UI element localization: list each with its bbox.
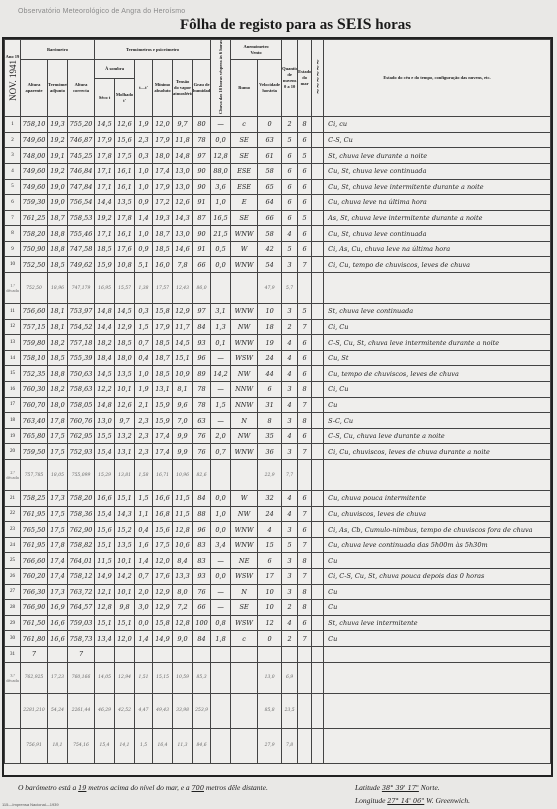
cell-j <box>211 646 231 662</box>
cell-k: NNW <box>231 397 258 413</box>
cell-a: 760,70 <box>21 397 48 413</box>
cell-i: 97 <box>193 148 211 164</box>
signature-cell <box>312 662 324 693</box>
cell-b: 19,2 <box>48 132 68 148</box>
sky-state-cell: Cu, tempo de chuviscos, leves de chuva <box>324 366 551 382</box>
cell-l: 35 <box>258 428 282 444</box>
cell-m: 5,7 <box>282 273 298 304</box>
cell-l: 65 <box>258 179 282 195</box>
cell-d: 15,4 <box>95 728 115 763</box>
sky-state-cell: As, St, chuva leve intermitente durante … <box>324 210 551 226</box>
day-cell: 17 <box>5 397 21 413</box>
table-row: 28766,9016,9764,5712,89,83,012,97,266—SE… <box>5 600 551 616</box>
sky-state-cell: Ci, Cu, chuviscos, leves de chuva durant… <box>324 444 551 460</box>
table-row: 16760,3018,2758,6312,210,11,913,18,178—N… <box>5 382 551 398</box>
cell-l: 12 <box>258 615 282 631</box>
cell-e: 9,7 <box>115 413 135 429</box>
col-rumo: Rumo <box>231 60 258 117</box>
cell-i: 86,0 <box>193 273 211 304</box>
cell-l: 32 <box>258 491 282 507</box>
signature-cell <box>312 132 324 148</box>
cell-c: 2261,44 <box>68 693 95 728</box>
cell-d: 14,5 <box>95 117 115 133</box>
cell-g: 12,9 <box>153 600 173 616</box>
day-cell: 6 <box>5 195 21 211</box>
cell-e: 12,9 <box>115 319 135 335</box>
cell-f: 0,7 <box>135 335 153 351</box>
barometer-header: Barómetro <box>21 40 95 60</box>
cell-e: 15,1 <box>115 615 135 631</box>
cell-h: 8,4 <box>173 553 193 569</box>
cell-m: 5 <box>282 241 298 257</box>
cell-l: 24 <box>258 350 282 366</box>
cell-n <box>298 273 312 304</box>
cell-h: 7,2 <box>173 600 193 616</box>
cell-e: 15,2 <box>115 522 135 538</box>
cell-f: 1,0 <box>135 226 153 242</box>
cell-b: 18,8 <box>48 366 68 382</box>
summary-row: 2.ª década757,78518,05755,09915,2913,811… <box>5 460 551 491</box>
cell-e: 14,1 <box>115 728 135 763</box>
cell-b: 17,5 <box>48 506 68 522</box>
cell-d: 15,1 <box>95 537 115 553</box>
cell-l: 63 <box>258 132 282 148</box>
day-cell: 13 <box>5 335 21 351</box>
cell-m: 4 <box>282 506 298 522</box>
cell-d: 14,4 <box>95 319 115 335</box>
cell-g: 16,8 <box>153 506 173 522</box>
cell-a: 760,20 <box>21 568 48 584</box>
sky-state-cell <box>324 728 551 763</box>
cell-j: 88,0 <box>211 163 231 179</box>
cell-k: NW <box>231 366 258 382</box>
cell-d: 15,29 <box>95 460 115 491</box>
day-cell: 9 <box>5 241 21 257</box>
cell-n: 6 <box>298 491 312 507</box>
cell-m: 4 <box>282 428 298 444</box>
cell-b: 18,5 <box>48 257 68 273</box>
cell-c: 757,18 <box>68 335 95 351</box>
signature-cell <box>312 553 324 569</box>
cell-n: 5 <box>298 210 312 226</box>
cell-a: 765,50 <box>21 522 48 538</box>
cell-b: 18,1 <box>48 728 68 763</box>
cell-m: 3 <box>282 568 298 584</box>
cell-l: 10 <box>258 600 282 616</box>
cell-m: 3 <box>282 444 298 460</box>
cell-d: 15,4 <box>95 506 115 522</box>
cell-b: 18,8 <box>48 226 68 242</box>
cell-a: 758,20 <box>21 226 48 242</box>
cell-j: 0,8 <box>211 615 231 631</box>
cell-j: 0,0 <box>211 522 231 538</box>
day-cell: 15 <box>5 366 21 382</box>
cell-h: 11,3 <box>173 728 193 763</box>
cell-l: 22,9 <box>258 460 282 491</box>
cell-a: 758,10 <box>21 350 48 366</box>
cell-a: 762,925 <box>21 662 48 693</box>
cell-l: 6 <box>258 553 282 569</box>
cell-k: SE <box>231 132 258 148</box>
cell-h <box>173 646 193 662</box>
sky-state-cell: Cu <box>324 584 551 600</box>
cell-l: 31 <box>258 397 282 413</box>
day-cell: 20 <box>5 444 21 460</box>
cell-e: 13,5 <box>115 195 135 211</box>
cell-f: 1,9 <box>135 117 153 133</box>
signature-cell <box>312 179 324 195</box>
cell-i: 85,3 <box>193 662 211 693</box>
cell-h: 11,7 <box>173 319 193 335</box>
cell-n: 6 <box>298 366 312 382</box>
cell-f: 0,7 <box>135 568 153 584</box>
cell-g: 17,4 <box>153 444 173 460</box>
cell-i: 96 <box>193 350 211 366</box>
sky-state-cell: St, chuva leve continuada <box>324 304 551 320</box>
longitude: Longitude 27° 14' 06" W. Greenwich. <box>355 796 470 805</box>
cell-j: 1,3 <box>211 319 231 335</box>
table-row: 6759,3019,0756,5414,413,50,917,212,6911,… <box>5 195 551 211</box>
signature-cell <box>312 148 324 164</box>
day-cell: 2 <box>5 132 21 148</box>
cell-e: 17,5 <box>115 148 135 164</box>
cell-k: WNW <box>231 522 258 538</box>
cell-j: 0,1 <box>211 335 231 351</box>
cell-j: 0,0 <box>211 491 231 507</box>
cell-d: 14,8 <box>95 304 115 320</box>
cell-d: 17,9 <box>95 132 115 148</box>
cell-b: 18,8 <box>48 241 68 257</box>
cell-f: 1,5 <box>135 728 153 763</box>
cell-a: 757,15 <box>21 319 48 335</box>
cell-c: 763,72 <box>68 584 95 600</box>
cell-j: — <box>211 117 231 133</box>
cell-m: 7,7 <box>282 460 298 491</box>
sky-state-cell: Ci, Cu <box>324 382 551 398</box>
sky-state-cell <box>324 273 551 304</box>
cell-h: 12,43 <box>173 273 193 304</box>
cell-f: 5,1 <box>135 257 153 273</box>
day-cell: 22 <box>5 506 21 522</box>
observatory-name: Observatório Meteorológico de Angra do H… <box>18 8 185 15</box>
day-cell: 1.ª década <box>5 273 21 304</box>
cell-m: 4 <box>282 350 298 366</box>
cell-h: 14,8 <box>173 148 193 164</box>
cell-d: 18,4 <box>95 350 115 366</box>
cell-m: 3 <box>282 553 298 569</box>
sky-state-cell <box>324 646 551 662</box>
cell-b: 17,4 <box>48 553 68 569</box>
cell-l: 17 <box>258 568 282 584</box>
cell-c: 755,39 <box>68 350 95 366</box>
cell-f: 1,5 <box>135 319 153 335</box>
col-tensao: Tensão do vapor atmosférico <box>173 60 193 117</box>
table-row: 22761,9517,5758,3615,414,31,116,811,5881… <box>5 506 551 522</box>
cell-h: 11,8 <box>173 132 193 148</box>
signature-cell <box>312 646 324 662</box>
cell-i: 76 <box>193 444 211 460</box>
table-row: 9750,9018,8747,5818,517,60,918,514,6910,… <box>5 241 551 257</box>
table-row: 5749,6019,0747,8417,116,11,017,913,0903,… <box>5 179 551 195</box>
cell-k <box>231 662 258 693</box>
cell-l: 10 <box>258 584 282 600</box>
cell-c: 755,20 <box>68 117 95 133</box>
cell-j: 12,8 <box>211 148 231 164</box>
cell-b: 17,8 <box>48 537 68 553</box>
cell-h: 33,98 <box>173 693 193 728</box>
sky-state-cell: Ci, As, Cu, chuva leve na última hora <box>324 241 551 257</box>
cell-b: 17,5 <box>48 522 68 538</box>
cell-k: WNW <box>231 537 258 553</box>
sky-state-cell: Cu, St <box>324 350 551 366</box>
cell-f: 0,9 <box>135 195 153 211</box>
cell-h: 13,0 <box>173 179 193 195</box>
cell-g: 18,7 <box>153 350 173 366</box>
cell-j: — <box>211 350 231 366</box>
summary-row: 3.ª década762,92517,23760,16614,0512,941… <box>5 662 551 693</box>
cell-e: 16,1 <box>115 226 135 242</box>
cell-h: 8,0 <box>173 584 193 600</box>
cell-m: 4 <box>282 397 298 413</box>
cell-e: 17,6 <box>115 241 135 257</box>
day-cell <box>5 728 21 763</box>
cell-g: 15,15 <box>153 662 173 693</box>
cell-c: 752,93 <box>68 444 95 460</box>
cell-j: 3,6 <box>211 179 231 195</box>
table-row: 21758,2517,3758,2016,615,11,516,611,5840… <box>5 491 551 507</box>
cell-c: 762,95 <box>68 428 95 444</box>
sky-state-cell: Cu <box>324 600 551 616</box>
table-row: 3748,0019,1745,2517,817,50,318,014,89712… <box>5 148 551 164</box>
cell-l: 6 <box>258 382 282 398</box>
cell-a: 752,50 <box>21 257 48 273</box>
cell-g: 17,6 <box>153 568 173 584</box>
signature-cell <box>312 537 324 553</box>
cell-m: 3 <box>282 413 298 429</box>
cell-d: 17,1 <box>95 226 115 242</box>
summary-row: 756,9118,1754,1615,414,11,516,411,384,62… <box>5 728 551 763</box>
signature-cell <box>312 195 324 211</box>
col-altura-correcta: Altura correcta <box>68 60 95 117</box>
cell-k: E <box>231 195 258 211</box>
cell-i: 66 <box>193 257 211 273</box>
cell-m: 3 <box>282 522 298 538</box>
cell-j: 3,1 <box>211 304 231 320</box>
cell-j <box>211 693 231 728</box>
cell-n: 7 <box>298 568 312 584</box>
cell-e: 13,81 <box>115 460 135 491</box>
cell-f: 2,1 <box>135 397 153 413</box>
cell-b: 18,5 <box>48 350 68 366</box>
cell-d: 17,8 <box>95 148 115 164</box>
day-cell: 19 <box>5 428 21 444</box>
col-velocidade: Velocidade horária <box>258 60 282 117</box>
summary-row: 1.ª década752,5018,96747,17916,9515,571,… <box>5 273 551 304</box>
cell-g: 17,57 <box>153 273 173 304</box>
cell-c: 755,46 <box>68 226 95 242</box>
cell-k <box>231 273 258 304</box>
cell-a: 756,60 <box>21 304 48 320</box>
cell-m: 2 <box>282 600 298 616</box>
signature-cell <box>312 413 324 429</box>
cell-d: 15,5 <box>95 428 115 444</box>
cell-h: 10,59 <box>173 662 193 693</box>
cell-k: SE <box>231 148 258 164</box>
day-cell: 28 <box>5 600 21 616</box>
cell-a: 761,25 <box>21 210 48 226</box>
cell-c: 747,58 <box>68 241 95 257</box>
cell-c: 756,54 <box>68 195 95 211</box>
cell-g: 16,6 <box>153 491 173 507</box>
cell-n: 7 <box>298 631 312 647</box>
cell-l: 64 <box>258 195 282 211</box>
sky-state-cell: Ci, Cu <box>324 319 551 335</box>
cell-b: 16,6 <box>48 631 68 647</box>
cell-f <box>135 646 153 662</box>
cell-n: 6 <box>298 241 312 257</box>
sky-state-cell: Cu <box>324 397 551 413</box>
table-row: 23765,5017,5762,9015,615,20,415,612,8960… <box>5 522 551 538</box>
cell-j: 0,0 <box>211 257 231 273</box>
cell-m: 6 <box>282 179 298 195</box>
cell-b: 19,3 <box>48 117 68 133</box>
cell-k: WNW <box>231 226 258 242</box>
cell-c: 762,90 <box>68 522 95 538</box>
cell-c: 747,179 <box>68 273 95 304</box>
cell-k <box>231 646 258 662</box>
cell-k: N <box>231 413 258 429</box>
cell-k: WSW <box>231 568 258 584</box>
cell-b: 19,2 <box>48 163 68 179</box>
cell-h: 12,8 <box>173 522 193 538</box>
cell-m: 6,9 <box>282 662 298 693</box>
cell-f: 1,0 <box>135 366 153 382</box>
cell-h: 14,3 <box>173 210 193 226</box>
cell-m: 3 <box>282 584 298 600</box>
cell-f: 0,4 <box>135 522 153 538</box>
cell-f: 1,1 <box>135 506 153 522</box>
cell-e: 14,5 <box>115 304 135 320</box>
cell-g: 17,2 <box>153 195 173 211</box>
cell-g: 16,71 <box>153 460 173 491</box>
sky-state-header: Estado do céu e do tempo, configuração d… <box>324 40 551 117</box>
cell-a: 759,30 <box>21 195 48 211</box>
cell-h: 15,1 <box>173 350 193 366</box>
cell-j: 0,0 <box>211 568 231 584</box>
cell-b: 54,24 <box>48 693 68 728</box>
cell-n: 6 <box>298 179 312 195</box>
cell-e: 17,8 <box>115 210 135 226</box>
cell-k: W <box>231 491 258 507</box>
cell-c: 754,52 <box>68 319 95 335</box>
cell-a: 763,40 <box>21 413 48 429</box>
cell-g: 49,43 <box>153 693 173 728</box>
sky-state-cell: Cu, St, chuva leve continuada <box>324 163 551 179</box>
cell-k <box>231 728 258 763</box>
cell-h: 10,9 <box>173 366 193 382</box>
cell-n: 7 <box>298 444 312 460</box>
cell-b: 17,23 <box>48 662 68 693</box>
cell-e: 18,0 <box>115 350 135 366</box>
cell-c: 758,82 <box>68 537 95 553</box>
cell-k: NW <box>231 506 258 522</box>
cell-d: 14,9 <box>95 568 115 584</box>
cell-n: 6 <box>298 163 312 179</box>
cell-e: 10,1 <box>115 584 135 600</box>
cell-j <box>211 273 231 304</box>
signature-cell <box>312 444 324 460</box>
cell-c: 749,62 <box>68 257 95 273</box>
cell-d: 19,2 <box>95 210 115 226</box>
cell-c: 764,57 <box>68 600 95 616</box>
day-cell: 16 <box>5 382 21 398</box>
cell-m: 23,5 <box>282 693 298 728</box>
day-cell: 3.ª década <box>5 662 21 693</box>
cell-m: 6 <box>282 148 298 164</box>
cell-k: NE <box>231 553 258 569</box>
cell-b: 18,0 <box>48 397 68 413</box>
cell-a: 750,90 <box>21 241 48 257</box>
cell-j: — <box>211 600 231 616</box>
cell-d: 15,9 <box>95 257 115 273</box>
cell-g: 12,9 <box>153 584 173 600</box>
day-cell: 7 <box>5 210 21 226</box>
cell-k: WSW <box>231 615 258 631</box>
cell-k <box>231 693 258 728</box>
cell-g: 17,9 <box>153 132 173 148</box>
col-altura-aparente: Altura aparente <box>21 60 48 117</box>
cell-l: 85,8 <box>258 693 282 728</box>
cell-b: 18,2 <box>48 382 68 398</box>
signature-cell <box>312 522 324 538</box>
cell-k: W <box>231 241 258 257</box>
cell-l: 58 <box>258 226 282 242</box>
cell-h: 9,0 <box>173 631 193 647</box>
cell-i: 93 <box>193 335 211 351</box>
cell-i: 82,6 <box>193 460 211 491</box>
cell-m: 2 <box>282 117 298 133</box>
table-row: 27766,3017,3763,7212,110,12,012,98,076—N… <box>5 584 551 600</box>
cell-l: 58 <box>258 163 282 179</box>
table-row: 19765,8017,5762,9515,513,22,317,49,9762,… <box>5 428 551 444</box>
cell-i: 253,9 <box>193 693 211 728</box>
cell-a: 759,80 <box>21 335 48 351</box>
thermometers-header: Termómetros e psicrómetro <box>95 40 211 60</box>
cell-m: 7,8 <box>282 728 298 763</box>
cell-e: 12,6 <box>115 117 135 133</box>
cell-f: 2,3 <box>135 413 153 429</box>
cell-i: 90 <box>193 179 211 195</box>
cell-k: c <box>231 117 258 133</box>
cell-l: 10 <box>258 304 282 320</box>
sky-state-cell: Cu <box>324 553 551 569</box>
cell-e <box>115 646 135 662</box>
cell-n: 8 <box>298 553 312 569</box>
cell-c: 758,53 <box>68 210 95 226</box>
cell-f: 0,4 <box>135 350 153 366</box>
cell-g: 17,4 <box>153 163 173 179</box>
sky-state-cell: Cu, chuva leve continuada das 5h00m às 5… <box>324 537 551 553</box>
sky-state-cell: Ci, Cu, tempo de chuviscos, leves de chu… <box>324 257 551 273</box>
cell-l: 19 <box>258 335 282 351</box>
cell-f: 1,9 <box>135 382 153 398</box>
table-row: 17760,7018,0758,0514,812,62,115,99,6781,… <box>5 397 551 413</box>
cell-i: 88 <box>193 506 211 522</box>
cell-m: 4 <box>282 335 298 351</box>
cell-i: 84 <box>193 491 211 507</box>
register-sheet: Ano 19NOV. 1941 Barómetro Termómetros e … <box>2 37 553 777</box>
day-cell: 30 <box>5 631 21 647</box>
